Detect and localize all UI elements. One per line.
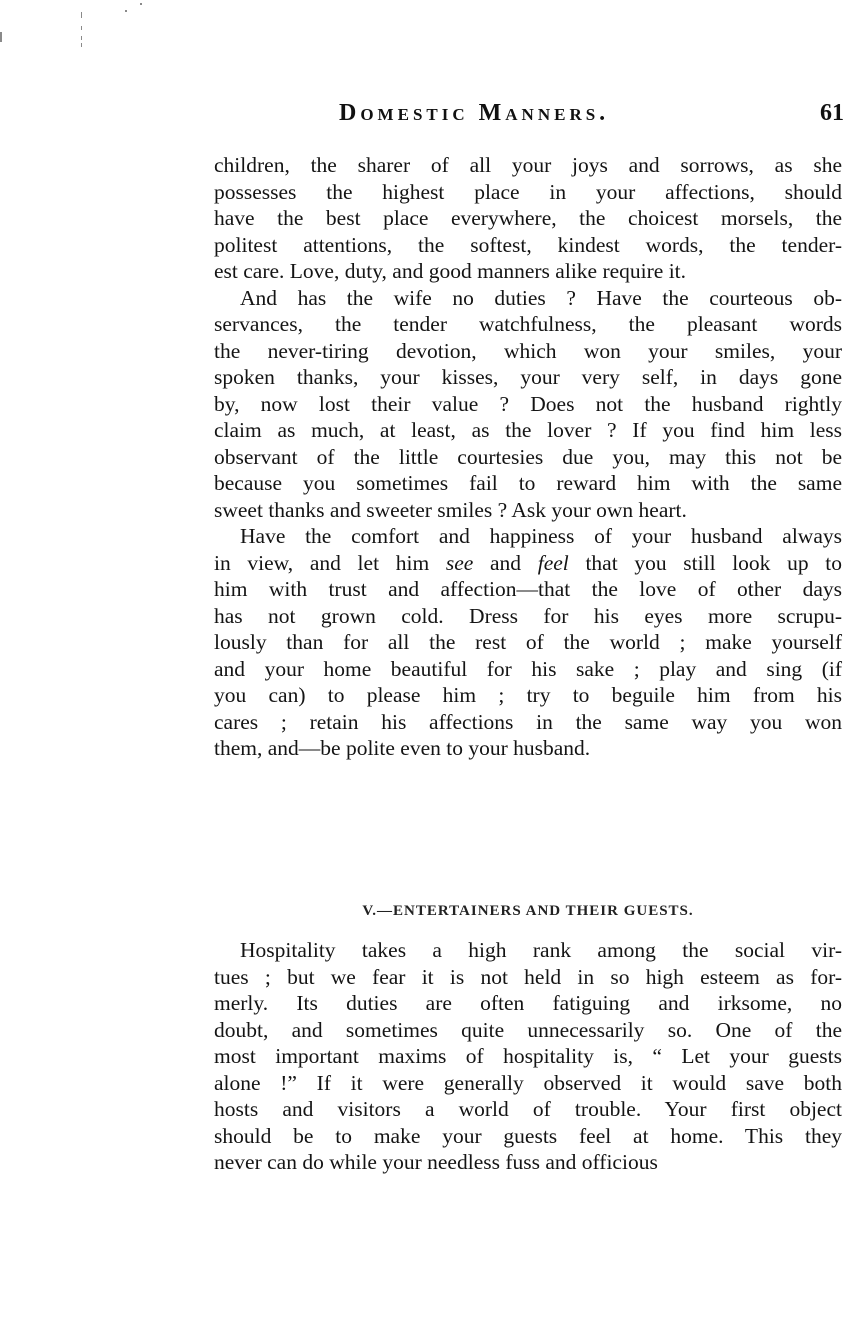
- text-line: in view, and let him see and feel that y…: [214, 550, 842, 577]
- scan-artifact: [81, 43, 82, 47]
- text-line: has not grown cold. Dress for his eyes m…: [214, 603, 842, 630]
- scan-artifact: [81, 26, 82, 30]
- text-line: lously than for all the rest of the worl…: [214, 629, 842, 656]
- text-line: never can do while your needless fuss an…: [214, 1149, 842, 1176]
- text-line: the never-tiring devotion, which won you…: [214, 338, 842, 365]
- text-line: Have the comfort and happiness of your h…: [214, 523, 842, 550]
- text-line: est care. Love, duty, and good manners a…: [214, 258, 842, 285]
- emphasis: see: [446, 551, 473, 575]
- text-line: And has the wife no duties ? Have the co…: [214, 285, 842, 312]
- text-line: merly. Its duties are often fatiguing an…: [214, 990, 842, 1017]
- body-text-section: Hospitality takes a high rank among the …: [214, 937, 842, 1176]
- text-line: observant of the little courtesies due y…: [214, 444, 842, 471]
- paragraph: Have the comfort and happiness of your h…: [214, 523, 842, 762]
- text-line: children, the sharer of all your joys an…: [214, 152, 842, 179]
- text-line: possesses the highest place in your affe…: [214, 179, 842, 206]
- emphasis: feel: [538, 551, 569, 575]
- text-line: spoken thanks, your kisses, your very se…: [214, 364, 842, 391]
- text-line: most important maxims of hospitality is,…: [214, 1043, 842, 1070]
- text-line: him with trust and affection—that the lo…: [214, 576, 842, 603]
- text-line: hosts and visitors a world of trouble. Y…: [214, 1096, 842, 1123]
- text-line: servances, the tender watchfulness, the …: [214, 311, 842, 338]
- text-line: them, and—be polite even to your husband…: [214, 735, 842, 762]
- section-heading: V.—ENTERTAINERS AND THEIR GUESTS.: [214, 903, 842, 920]
- text-line: alone !” If it were generally observed i…: [214, 1070, 842, 1097]
- text-line: you can) to please him ; try to beguile …: [214, 682, 842, 709]
- text-line: claim as much, at least, as the lover ? …: [214, 417, 842, 444]
- text-line: politest attentions, the softest, kindes…: [214, 232, 842, 259]
- text-line: by, now lost their value ? Does not the …: [214, 391, 842, 418]
- scan-artifact: [0, 32, 2, 42]
- scan-artifact: [81, 36, 82, 40]
- scan-artifact: [125, 10, 127, 12]
- text-line: Hospitality takes a high rank among the …: [214, 937, 842, 964]
- paragraph: children, the sharer of all your joys an…: [214, 152, 842, 285]
- scan-artifact: [81, 12, 82, 18]
- page-number: 61: [820, 100, 844, 127]
- text-line: doubt, and sometimes quite unnecessarily…: [214, 1017, 842, 1044]
- body-text-top: children, the sharer of all your joys an…: [214, 152, 842, 762]
- scan-artifact: [140, 3, 142, 5]
- text-line: tues ; but we fear it is not held in so …: [214, 964, 842, 991]
- paragraph: Hospitality takes a high rank among the …: [214, 937, 842, 1176]
- text-line: sweet thanks and sweeter smiles ? Ask yo…: [214, 497, 842, 524]
- paragraph: And has the wife no duties ? Have the co…: [214, 285, 842, 524]
- text-line: cares ; retain his affections in the sam…: [214, 709, 842, 736]
- text-line: because you sometimes fail to reward him…: [214, 470, 842, 497]
- text-line: and your home beautiful for his sake ; p…: [214, 656, 842, 683]
- text-line: have the best place everywhere, the choi…: [214, 205, 842, 232]
- book-page: Domestic Manners. 61 children, the share…: [0, 0, 864, 1333]
- running-head: Domestic Manners. 61: [214, 100, 844, 130]
- text-line: should be to make your guests feel at ho…: [214, 1123, 842, 1150]
- running-title: Domestic Manners.: [339, 100, 609, 127]
